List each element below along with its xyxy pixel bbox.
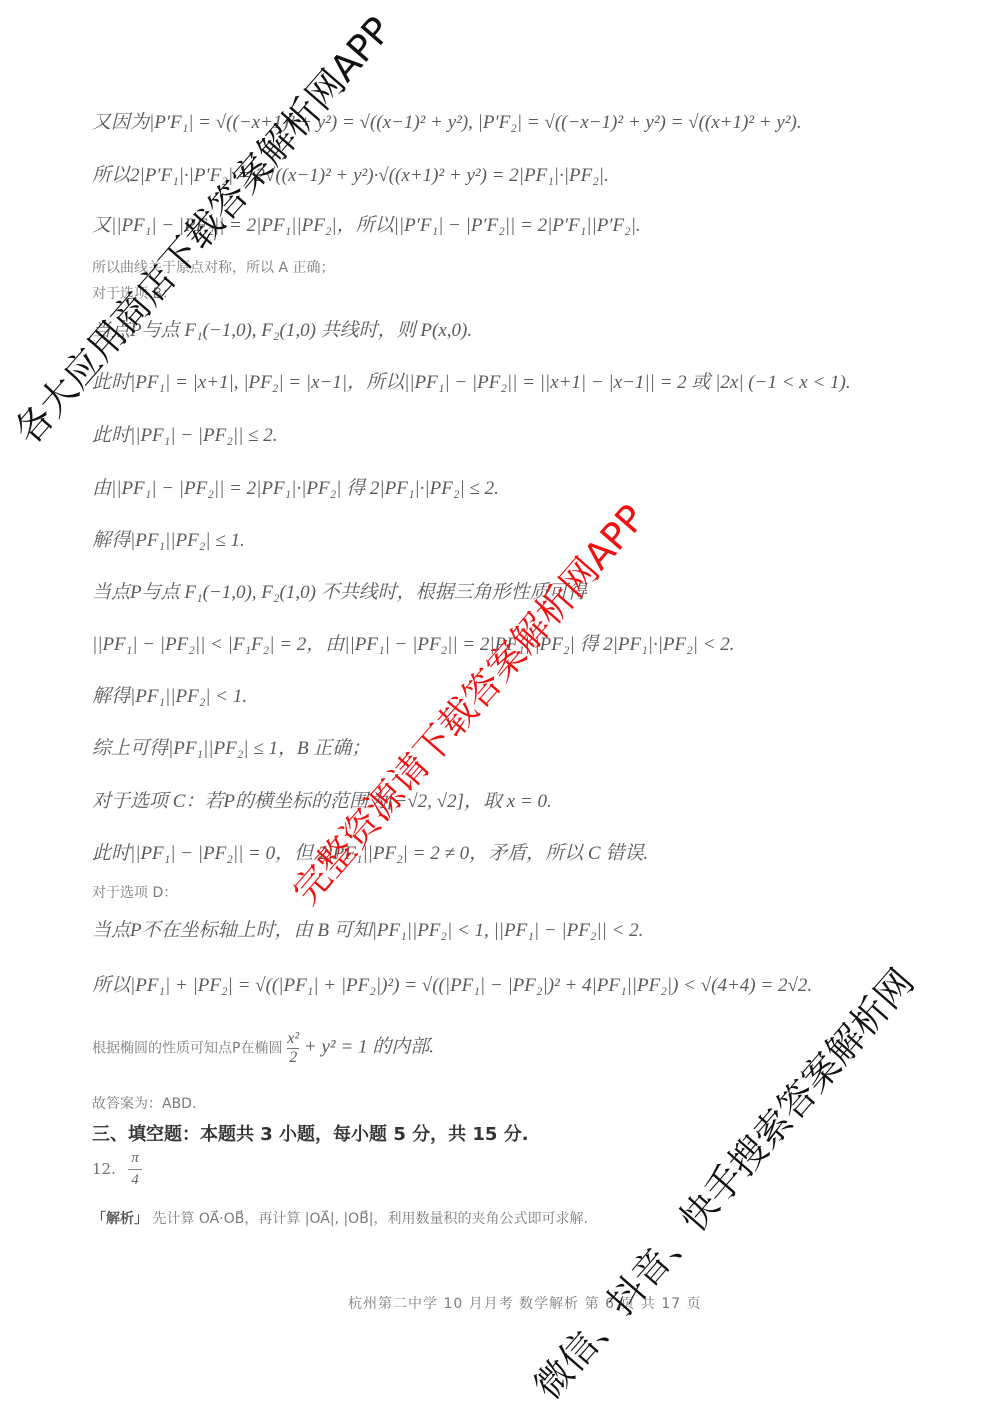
- solution-line: 此时||PF₁| − |PF₂|| ≤ 2.: [92, 425, 277, 447]
- analysis-tag: 「解析」: [92, 1211, 148, 1227]
- solution-line: 所以2|P′F₁|·|P′F₂| = 2√((x−1)² + y²)·√((x+…: [92, 165, 609, 187]
- solution-line: 由||PF₁| − |PF₂|| = 2|PF₁|·|PF₂| 得 2|PF₁|…: [92, 478, 499, 500]
- analysis-text: 先计算 OA⃗·OB⃗，再计算 |OA⃗|, |OB⃗|，利用数量积的夹角公式即…: [152, 1211, 588, 1227]
- fraction-denominator: 4: [131, 1172, 139, 1188]
- question-number: 12.: [92, 1160, 116, 1178]
- option-c-line: 对于选项 C：若P的横坐标的范围为[−√2, √2]，取 x = 0.: [92, 791, 552, 813]
- solution-line: 此时|PF₁| = |x+1|, |PF₂| = |x−1|，所以||PF₁| …: [92, 372, 851, 394]
- solution-line: 所以|PF₁| + |PF₂| = √((|PF₁| + |PF₂|)²) = …: [92, 975, 812, 997]
- fraction-denominator: 2: [289, 1049, 297, 1066]
- solution-line: 又因为|P′F₁| = √((−x+1)² + y²) = √((x−1)² +…: [92, 112, 802, 134]
- solution-line: 解得|PF₁||PF₂| ≤ 1.: [92, 530, 245, 552]
- option-d-label: 对于选项 D：: [92, 882, 177, 904]
- analysis-line: 「解析」 先计算 OA⃗·OB⃗，再计算 |OA⃗|, |OB⃗|，利用数量积的…: [92, 1208, 588, 1228]
- fraction-bar: [128, 1169, 142, 1170]
- section-heading: 三、填空题：本题共 3 小题，每小题 5 分，共 15 分.: [92, 1120, 529, 1146]
- ellipse-line: 根据椭圆的性质可知点P在椭圆 x² 2 + y² = 1 的内部.: [92, 1030, 434, 1067]
- ellipse-fraction: x² 2: [287, 1030, 299, 1067]
- answer-fraction: π 4: [128, 1150, 142, 1189]
- solution-line: 解得|PF₁||PF₂| < 1.: [92, 686, 247, 708]
- solution-line: 当点P与点 F₁(−1,0), F₂(1,0) 不共线时，根据三角形性质可得: [92, 582, 587, 604]
- fraction-numerator: π: [131, 1150, 139, 1166]
- ellipse-line-prefix: 根据椭圆的性质可知点P在椭圆: [92, 1041, 282, 1057]
- ellipse-line-suffix: + y² = 1 的内部.: [304, 1037, 434, 1058]
- solution-line: 综上可得|PF₁||PF₂| ≤ 1，B 正确；: [92, 738, 370, 760]
- solution-line: 当点P不在坐标轴上时，由 B 可知|PF₁||PF₂| < 1, ||PF₁| …: [92, 920, 643, 942]
- solution-line: ||PF₁| − |PF₂|| < |F₁F₂| = 2，由||PF₁| − |…: [92, 634, 735, 656]
- document-page: 又因为|P′F₁| = √((−x+1)² + y²) = √((x−1)² +…: [0, 0, 1000, 1414]
- final-answer: 故答案为：ABD.: [92, 1093, 196, 1115]
- watermark-bottom-right: 微信、抖音、快手搜索答案解析网: [519, 955, 924, 1409]
- fraction-numerator: x²: [287, 1030, 299, 1047]
